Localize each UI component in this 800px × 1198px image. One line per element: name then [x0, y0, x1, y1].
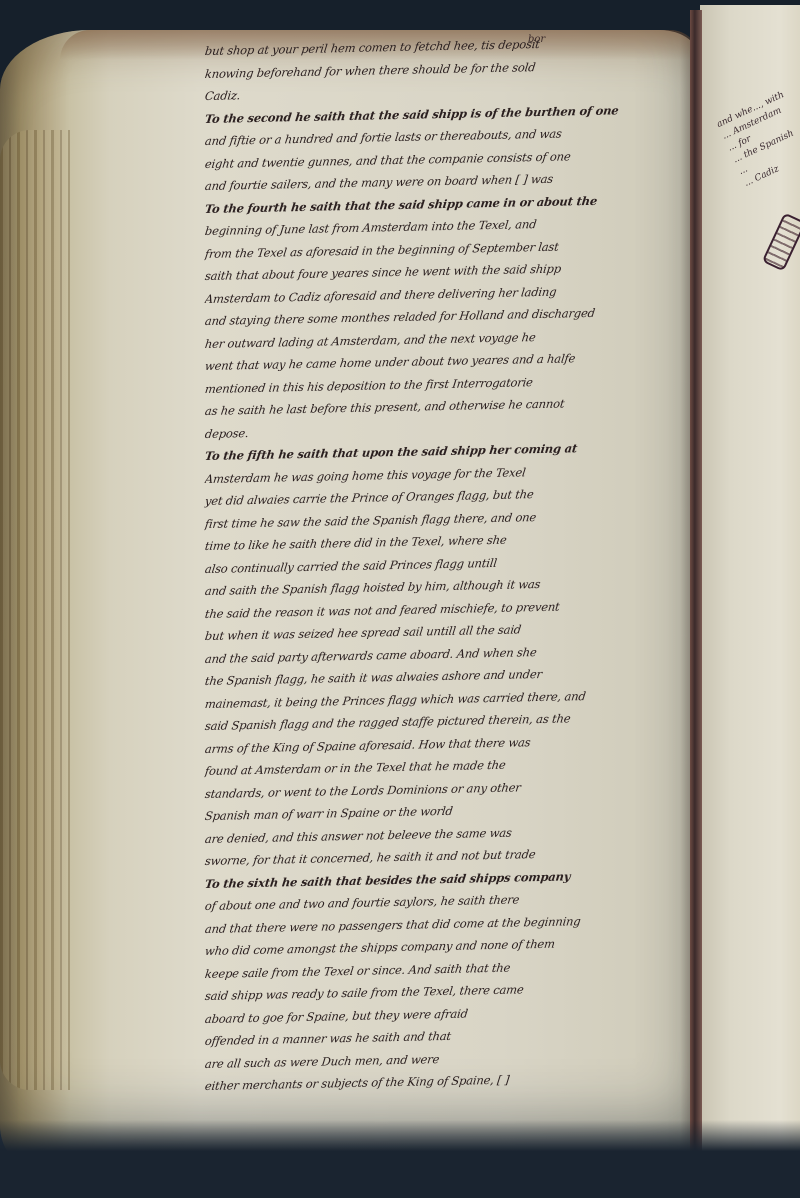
bottom-shadow	[0, 1120, 800, 1198]
manuscript-text: but shop at your peril hem comen to fetc…	[205, 40, 695, 1098]
frayed-page-edges	[0, 130, 70, 1090]
